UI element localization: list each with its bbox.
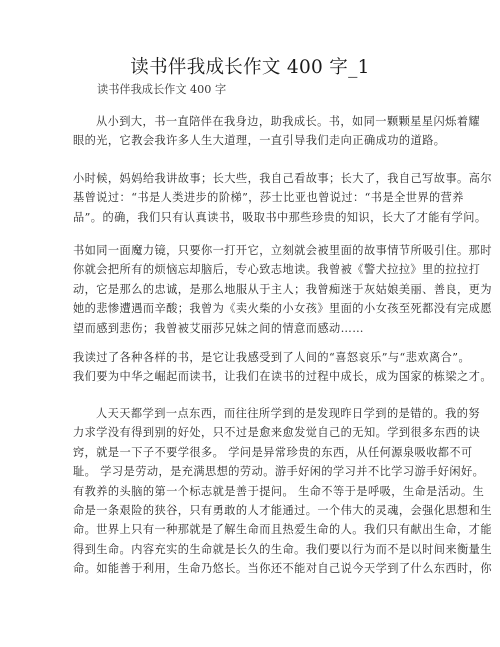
paragraph-3: 书如同一面魔力镜，只要你一打开它，立刻就会被里面的故事情节所吸引住。那时 你就会…: [73, 241, 431, 338]
paragraph-line: 命是一条艰险的狭谷，只有勇敢的人才能通过。一个伟大的灵魂，会强化思想和生: [73, 501, 431, 520]
document-subtitle: 读书伴我成长作文 400 字: [97, 82, 226, 97]
paragraph-5: 人天天都学到一点东西，而往往所学到的是发现昨日学到的是错的。我的努 力求学没有得…: [73, 404, 431, 579]
paragraph-line: 我读过了各种各样的书，是它让我感受到了人间的“喜怒哀乐”与“悲欢离合”。: [73, 348, 431, 367]
paragraph-line: 基曾说过：“书是人类进步的阶梯”，莎士比亚也曾说过：“书是全世界的营养: [73, 188, 431, 207]
paragraph-line: 动，它是那么的忠诚，是那么地服从于主人；我曾痴迷于灰姑娘美丽、善良，更为: [73, 280, 431, 299]
paragraph-line: 眼的光，它教会我许多人生大道理，一直引导我们走向正确成功的道路。: [73, 131, 431, 150]
paragraph-line: 得到生命。内容充实的生命就是长久的生命。我们要以行为而不是以时间来衡量生: [73, 540, 431, 559]
paragraph-line: 她的悲惨遭遇而辛酸；我曾为《卖火柴的小女孩》里面的小女孩至死都没有完成愿: [73, 299, 431, 318]
paragraph-2: 小时候，妈妈给我讲故事；长大些，我自己看故事；长大了，我自己写故事。高尔 基曾说…: [73, 169, 431, 227]
paragraph-line: 有教养的头脑的第一个标志就是善于提问。 生命不等于是呼吸，生命是活动。生: [73, 482, 431, 501]
paragraph-line: 小时候，妈妈给我讲故事；长大些，我自己看故事；长大了，我自己写故事。高尔: [73, 169, 431, 188]
paragraph-line: 窍，就是一下子不要学很多。 学问是异常珍贵的东西，从任何源泉吸收都不可: [73, 443, 431, 462]
paragraph-line: 你就会把所有的烦恼忘却脑后，专心致志地读。我曾被《警犬拉拉》里的拉拉打: [73, 260, 431, 279]
paragraph-line: 书如同一面魔力镜，只要你一打开它，立刻就会被里面的故事情节所吸引住。那时: [73, 241, 431, 260]
paragraph-line: 力求学没有得到别的好处，只不过是愈来愈发觉自己的无知。学到很多东西的诀: [73, 423, 431, 442]
paragraph-line: 望而感到悲伤；我曾被艾丽莎兄妹之间的情意而感动……: [73, 319, 431, 338]
paragraph-line: 人天天都学到一点东西，而往往所学到的是发现昨日学到的是错的。我的努: [73, 404, 431, 423]
paragraph-line: 从小到大，书一直陪伴在我身边，助我成长。书，如同一颗颗星星闪烁着耀: [73, 112, 431, 131]
paragraph-line: 命。世界上只有一种那就是了解生命而且热爱生命的人。我们只有献出生命，才能: [73, 520, 431, 539]
document-page: 读书伴我成长作文 400 字_1 读书伴我成长作文 400 字 从小到大，书一直…: [0, 0, 500, 647]
document-title: 读书伴我成长作文 400 字_1: [0, 57, 500, 79]
paragraph-line: 命。如能善于利用，生命乃悠长。当你还不能对自己说今天学到了什么东西时，你: [73, 559, 431, 578]
paragraph-line: 品”。的确，我们只有认真读书，吸取书中那些珍贵的知识，长大了才能有学问。: [73, 208, 431, 227]
paragraph-line: 我们要为中华之崛起而读书，让我们在读书的过程中成长，成为国家的栋梁之才。: [73, 367, 431, 386]
paragraph-1: 从小到大，书一直陪伴在我身边，助我成长。书，如同一颗颗星星闪烁着耀 眼的光，它教…: [73, 112, 431, 151]
paragraph-line: 耻。 学习是劳动，是充满思想的劳动。游手好闲的学习并不比学习游手好闲好。: [73, 462, 431, 481]
paragraph-4: 我读过了各种各样的书，是它让我感受到了人间的“喜怒哀乐”与“悲欢离合”。 我们要…: [73, 348, 431, 387]
